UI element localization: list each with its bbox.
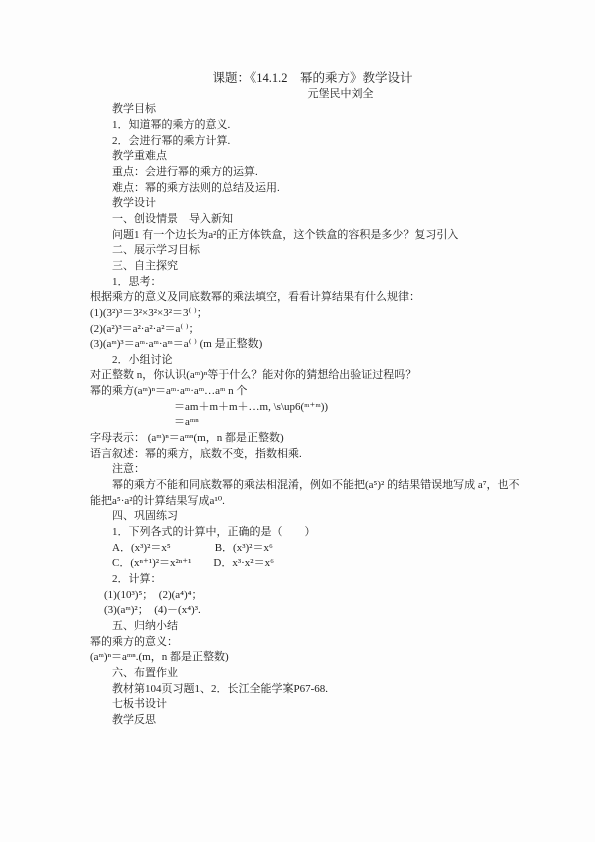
goal-1: 1．知道幂的乘方的意义.: [90, 118, 535, 134]
heading-teaching-goals: 教学目标: [90, 102, 535, 118]
fill-blank-instruction: 根据乘方的意义及同底数幂的乘法填空，看看计算结果有什么规律：: [90, 290, 535, 306]
section-5-heading: 五、归纳小结: [90, 619, 535, 635]
key-point: 重点：会进行幂的乘方的运算.: [90, 165, 535, 181]
summary-label: 幂的乘方的意义：: [90, 635, 535, 651]
heading-key-points: 教学重难点: [90, 149, 535, 165]
summary-formula: (aᵐ)ⁿ＝aᵐⁿ.(m，n 都是正整数): [90, 650, 535, 666]
derivation-line-1: 幂的乘方(aᵐ)ⁿ＝aᵐ·aᵐ·aᵐ…aᵐ n 个: [90, 384, 535, 400]
calc-items-1-2: (1)(10³)⁵； (2)(a⁴)⁴；: [90, 588, 535, 604]
mc-question: 1．下列各式的计算中，正确的是（ ）: [90, 525, 535, 541]
difficult-point: 难点：幂的乘方法则的总结及运用.: [90, 181, 535, 197]
derivation-line-2: ＝am＋m＋m＋…m, \s\up6(ᵐ⁺ᵐ)): [90, 400, 535, 416]
section-1-heading: 一、创设情景 导入新知: [90, 212, 535, 228]
note-label: 注意：: [90, 462, 535, 478]
verbal-statement: 语言叙述：幂的乘方，底数不变，指数相乘.: [90, 447, 535, 463]
fill-blank-eq-2: (2)(a²)³＝a²·a²·a²＝a⁽ ⁾；: [90, 322, 535, 338]
teaching-reflection: 教学反思: [90, 713, 535, 729]
discussion-question: 对正整数 n，你认识(aᵐ)ⁿ等于什么？能对你的猜想给出验证过程吗？: [90, 368, 535, 384]
section-2-heading: 二、展示学习目标: [90, 243, 535, 259]
mc-options-cd: C．(xⁿ⁺¹)²＝x²ⁿ⁺¹ D．x³·x²＝x⁶: [90, 556, 535, 572]
fill-blank-eq-3: (3)(aᵐ)³＝aᵐ·aᵐ·aᵐ＝a⁽ ⁾ (m 是正整数): [90, 337, 535, 353]
heading-teaching-design: 教学设计: [90, 196, 535, 212]
homework: 教材第104页习题1、2．长江全能学案P67-68.: [90, 682, 535, 698]
note-line-1: 幂的乘方不能和同底数幂的乘法相混淆，例如不能把(a⁵)² 的结果错误地写成 a⁷…: [90, 478, 535, 494]
section-3-heading: 三、自主探究: [90, 259, 535, 275]
section-7-heading: 七板书设计: [90, 697, 535, 713]
derivation-line-3: ＝aᵐⁿ: [90, 415, 535, 431]
calc-label: 2．计算：: [90, 572, 535, 588]
goal-2: 2．会进行幂的乘方计算.: [90, 134, 535, 150]
letter-form: 字母表示： (aᵐ)ⁿ＝aᵐⁿ(m，n 都是正整数): [90, 431, 535, 447]
doc-title: 课题：《14.1.2 幂的乘方》教学设计: [90, 71, 535, 87]
section-6-heading: 六、布置作业: [90, 666, 535, 682]
fill-blank-eq-1: (1)(3²)³＝3²×3²×3²＝3⁽ ⁾；: [90, 306, 535, 322]
document-page: 课题：《14.1.2 幂的乘方》教学设计 元堡民中刘全 教学目标 1．知道幂的乘…: [0, 0, 595, 842]
group-discussion-label: 2．小组讨论: [90, 353, 535, 369]
problem-1: 问题1 有一个边长为a²的正方体铁盒，这个铁盒的容积是多少？复习引入: [90, 228, 535, 244]
doc-author: 元堡民中刘全: [118, 87, 563, 103]
note-line-2: 能把a⁵·a²的计算结果写成a¹⁰.: [90, 494, 535, 510]
calc-items-3-4: (3)(aᵐ)²； (4)－(x⁴)³.: [90, 603, 535, 619]
section-4-heading: 四、巩固练习: [90, 509, 535, 525]
think-label: 1．思考：: [90, 275, 535, 291]
mc-options-ab: A．(x³)²＝x⁵ B．(x³)²＝x⁶: [90, 541, 535, 557]
